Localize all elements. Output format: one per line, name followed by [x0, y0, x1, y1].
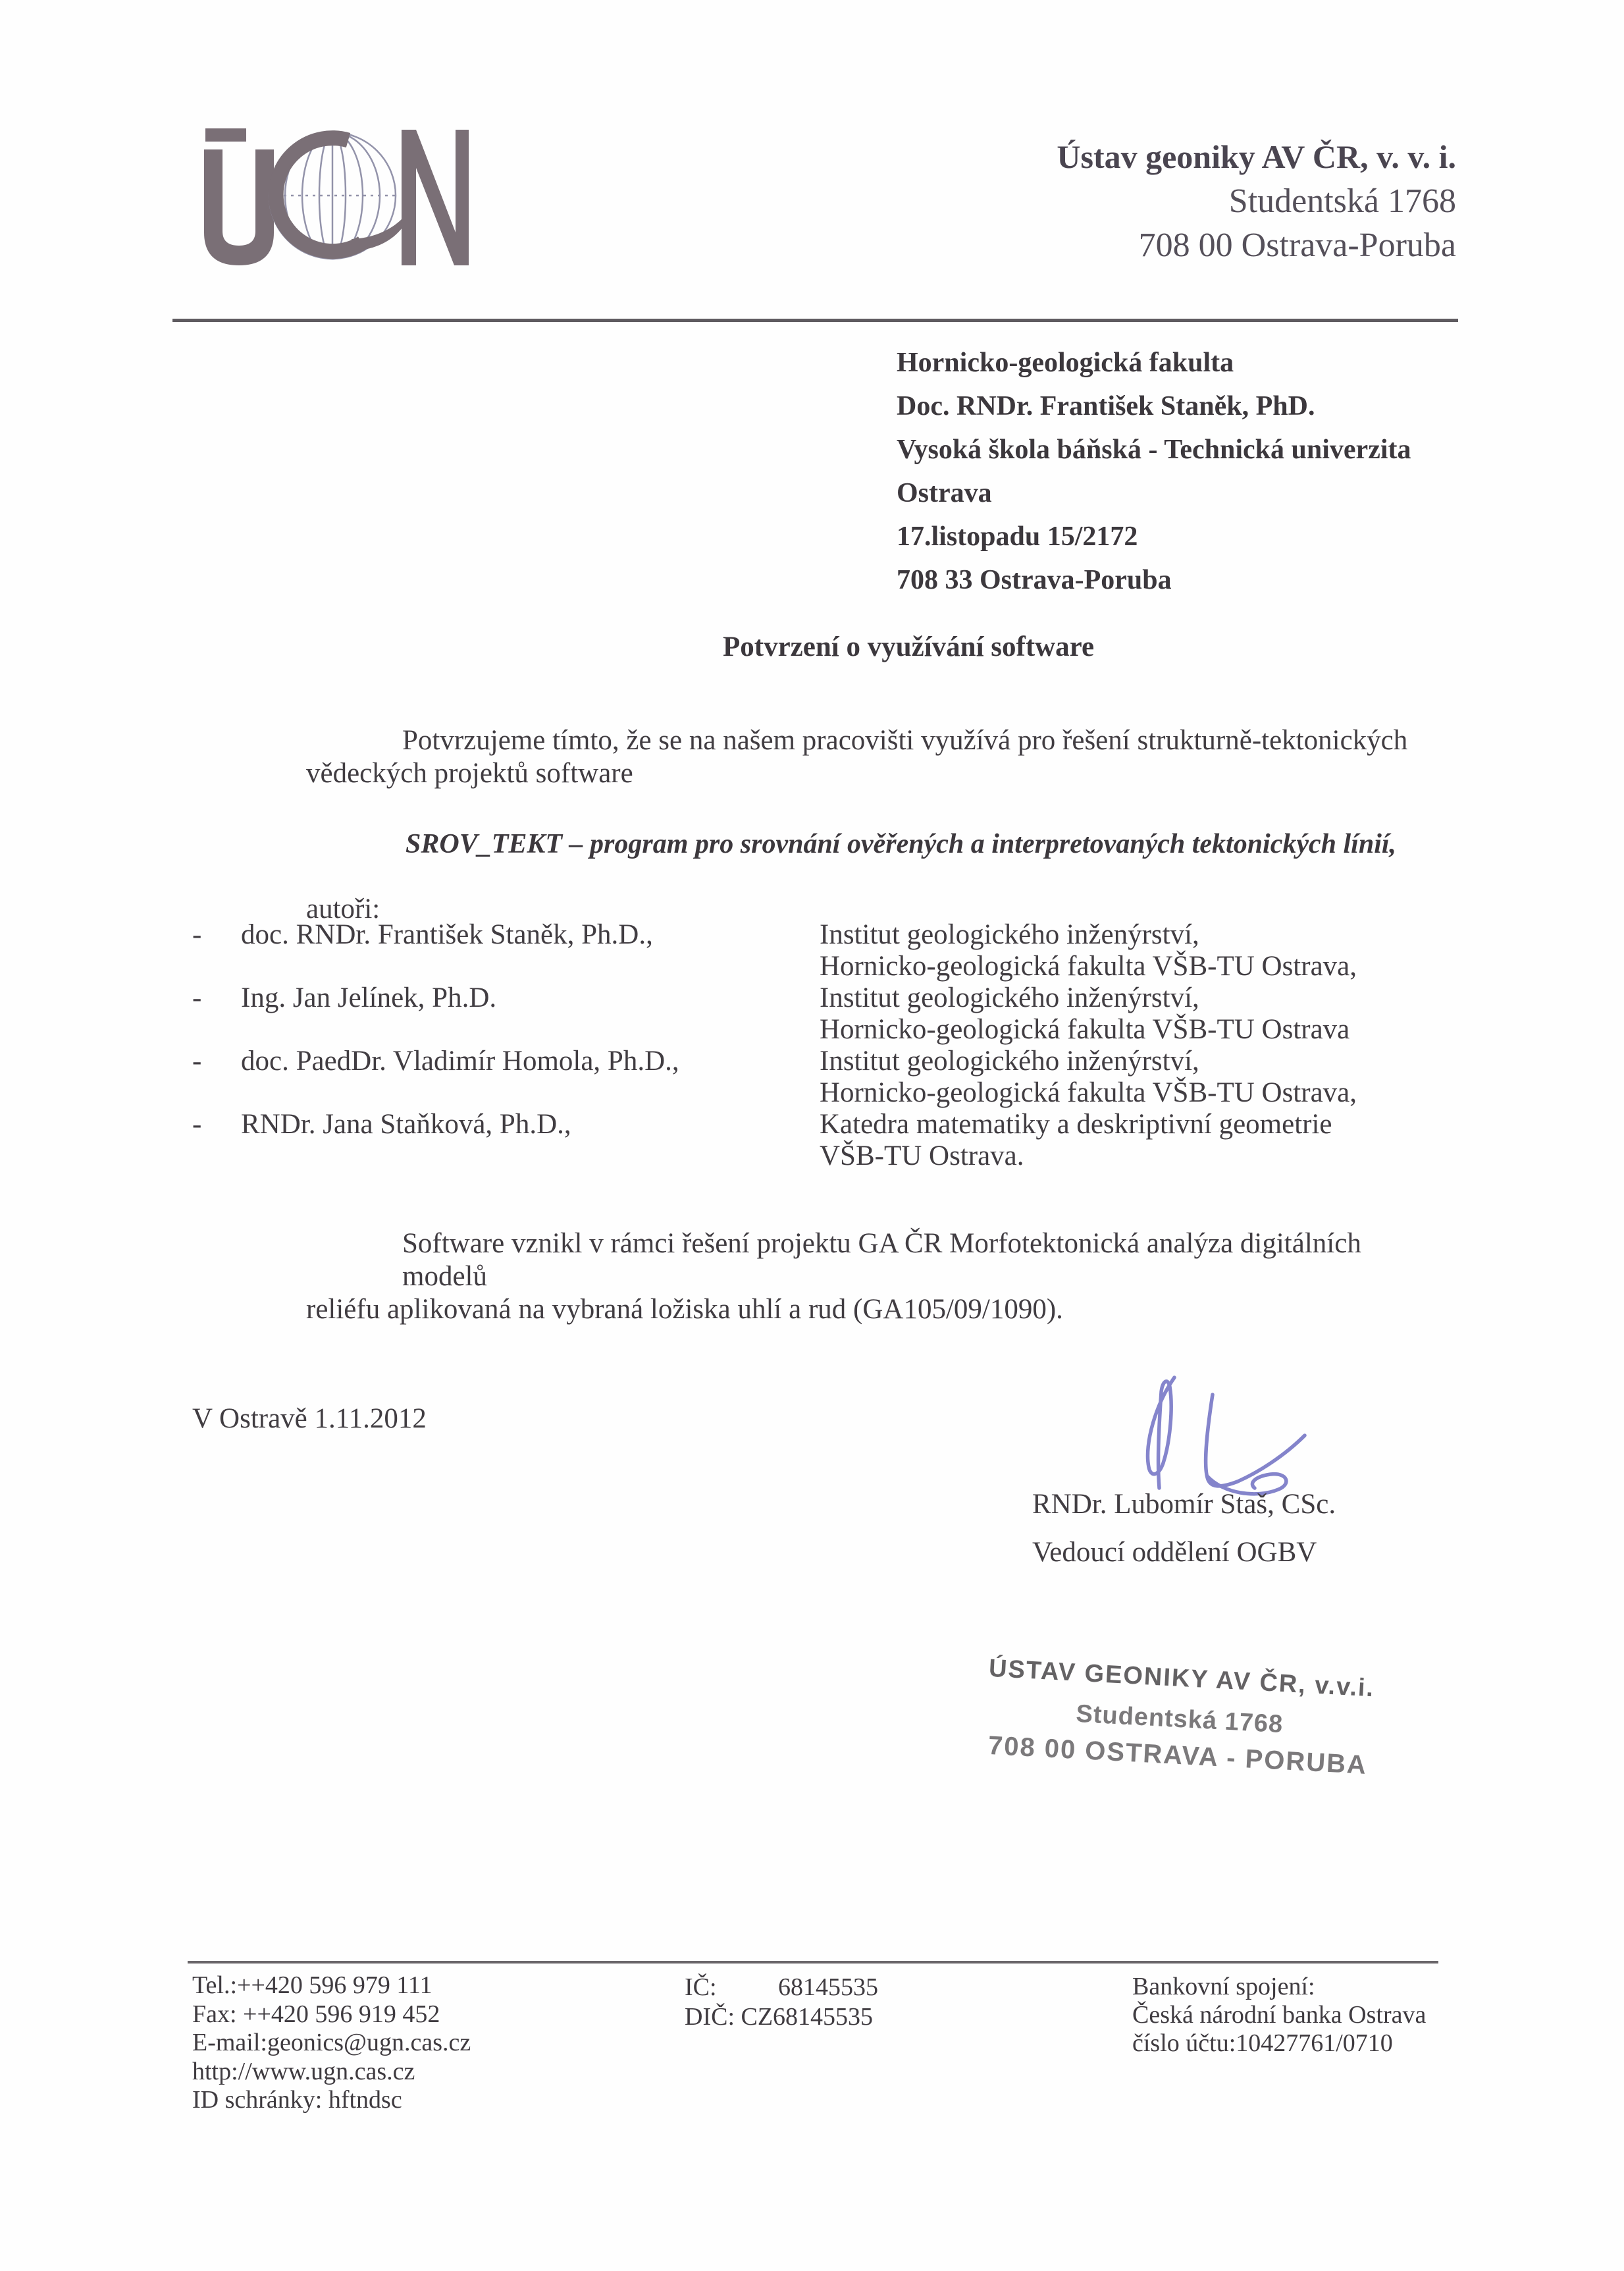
- document-title: Potvrzení o využívání software: [723, 631, 1094, 663]
- scanned-letter-page: Ústav geoniky AV ČR, v. v. i. Studentská…: [0, 0, 1624, 2271]
- author-name: doc. PaedDr. Vladimír Homola, Ph.D.,: [241, 1046, 820, 1077]
- footer-ic-line: IČ:68145535: [685, 1973, 878, 2002]
- signer-role: Vedoucí oddělení OGBV: [1032, 1536, 1317, 1568]
- author-row: - doc. RNDr. František Staněk, Ph.D., In…: [191, 919, 1442, 982]
- org-name: Ústav geoniky AV ČR, v. v. i.: [1057, 135, 1456, 179]
- paragraph-line: Potvrzujeme tímto, že se na našem pracov…: [306, 724, 1419, 757]
- affiliation-line: Katedra matematiky a deskriptivní geomet…: [820, 1109, 1442, 1140]
- affiliation-line: Hornicko-geologická fakulta VŠB-TU Ostra…: [820, 951, 1442, 982]
- author-row: - doc. PaedDr. Vladimír Homola, Ph.D., I…: [191, 1046, 1442, 1109]
- recipient-line: Vysoká škola báňská - Technická univerzi…: [897, 428, 1411, 471]
- footer-web: http://www.ugn.cas.cz: [192, 2058, 471, 2087]
- footer-account-number: číslo účtu:10427761/0710: [1132, 2029, 1426, 2058]
- logo-accent-bar: [205, 128, 246, 142]
- author-name: RNDr. Jana Staňková, Ph.D.,: [241, 1109, 820, 1140]
- date-place-line: V Ostravě 1.11.2012: [192, 1403, 427, 1435]
- list-dash: -: [191, 1109, 241, 1140]
- affiliation-line: Institut geologického inženýrství,: [820, 1046, 1442, 1077]
- affiliation-line: VŠB-TU Ostrava.: [820, 1140, 1442, 1172]
- footer-fax: Fax: ++420 596 919 452: [192, 2000, 471, 2029]
- dic-value: CZ68145535: [741, 2003, 874, 2031]
- software-name-line: SROV_TEKT – program pro srovnání ověřený…: [406, 828, 1396, 860]
- letterhead-org-block: Ústav geoniky AV ČR, v. v. i. Studentská…: [1057, 135, 1456, 267]
- paragraph-intro: Potvrzujeme tímto, že se na našem pracov…: [306, 724, 1419, 790]
- ic-value: 68145535: [778, 1973, 878, 2001]
- recipient-line: Doc. RNDr. František Staněk, PhD.: [897, 385, 1411, 428]
- footer-tel: Tel.:++420 596 979 111: [192, 1971, 471, 2000]
- affiliation-line: Institut geologického inženýrství,: [820, 982, 1442, 1014]
- author-name: Ing. Jan Jelínek, Ph.D.: [241, 982, 820, 1014]
- authors-list: - doc. RNDr. František Staněk, Ph.D., In…: [191, 919, 1442, 1172]
- footer-registration-column: IČ:68145535 DIČ: CZ68145535: [685, 1973, 878, 2032]
- ic-label: IČ:: [685, 1973, 778, 2002]
- list-dash: -: [191, 1046, 241, 1077]
- footer-bank-column: Bankovní spojení: Česká národní banka Os…: [1132, 1973, 1426, 2058]
- ugn-globe-logo-icon: [204, 127, 474, 268]
- footer-databox: ID schránky: hftndsc: [192, 2086, 471, 2115]
- paragraph-line: Software vznikl v rámci řešení projektu …: [306, 1227, 1419, 1293]
- recipient-line: 17.listopadu 15/2172: [897, 515, 1411, 558]
- footer-dic-line: DIČ: CZ68145535: [685, 2002, 878, 2032]
- paragraph-line: vědeckých projektů software: [306, 757, 1419, 790]
- footer-divider: [188, 1961, 1438, 1964]
- signer-name: RNDr. Lubomír Staš, CSc.: [1032, 1488, 1336, 1520]
- org-street: Studentská 1768: [1057, 179, 1456, 223]
- paragraph-project: Software vznikl v rámci řešení projektu …: [306, 1227, 1419, 1326]
- recipient-address-block: Hornicko-geologická fakulta Doc. RNDr. F…: [897, 341, 1411, 602]
- letterhead-divider: [172, 319, 1458, 322]
- footer-bank-label: Bankovní spojení:: [1132, 1973, 1426, 2001]
- author-row: - RNDr. Jana Staňková, Ph.D., Katedra ma…: [191, 1109, 1442, 1172]
- affiliation-line: Hornicko-geologická fakulta VŠB-TU Ostra…: [820, 1077, 1442, 1109]
- list-dash: -: [191, 982, 241, 1014]
- org-city: 708 00 Ostrava-Poruba: [1057, 223, 1456, 267]
- author-affiliation: Katedra matematiky a deskriptivní geomet…: [820, 1109, 1442, 1172]
- list-dash: -: [191, 919, 241, 951]
- author-affiliation: Institut geologického inženýrství, Horni…: [820, 1046, 1442, 1109]
- author-row: - Ing. Jan Jelínek, Ph.D. Institut geolo…: [191, 982, 1442, 1046]
- recipient-line: Hornicko-geologická fakulta: [897, 341, 1411, 385]
- footer-contact-column: Tel.:++420 596 979 111 Fax: ++420 596 91…: [192, 1971, 471, 2115]
- paragraph-line: reliéfu aplikovaná na vybraná ložiska uh…: [306, 1293, 1419, 1326]
- author-affiliation: Institut geologického inženýrství, Horni…: [820, 919, 1442, 982]
- affiliation-line: Institut geologického inženýrství,: [820, 919, 1442, 951]
- footer-bank-name: Česká národní banka Ostrava: [1132, 2001, 1426, 2029]
- dic-label: DIČ:: [685, 2003, 735, 2031]
- recipient-line: Ostrava: [897, 471, 1411, 515]
- author-affiliation: Institut geologického inženýrství, Horni…: [820, 982, 1442, 1046]
- rubber-stamp: ÚSTAV GEONIKY AV ČR, v.v.i. Studentská 1…: [960, 1652, 1400, 1782]
- affiliation-line: Hornicko-geologická fakulta VŠB-TU Ostra…: [820, 1014, 1442, 1046]
- author-name: doc. RNDr. František Staněk, Ph.D.,: [241, 919, 820, 951]
- recipient-line: 708 33 Ostrava-Poruba: [897, 558, 1411, 602]
- footer-email: E-mail:geonics@ugn.cas.cz: [192, 2029, 471, 2058]
